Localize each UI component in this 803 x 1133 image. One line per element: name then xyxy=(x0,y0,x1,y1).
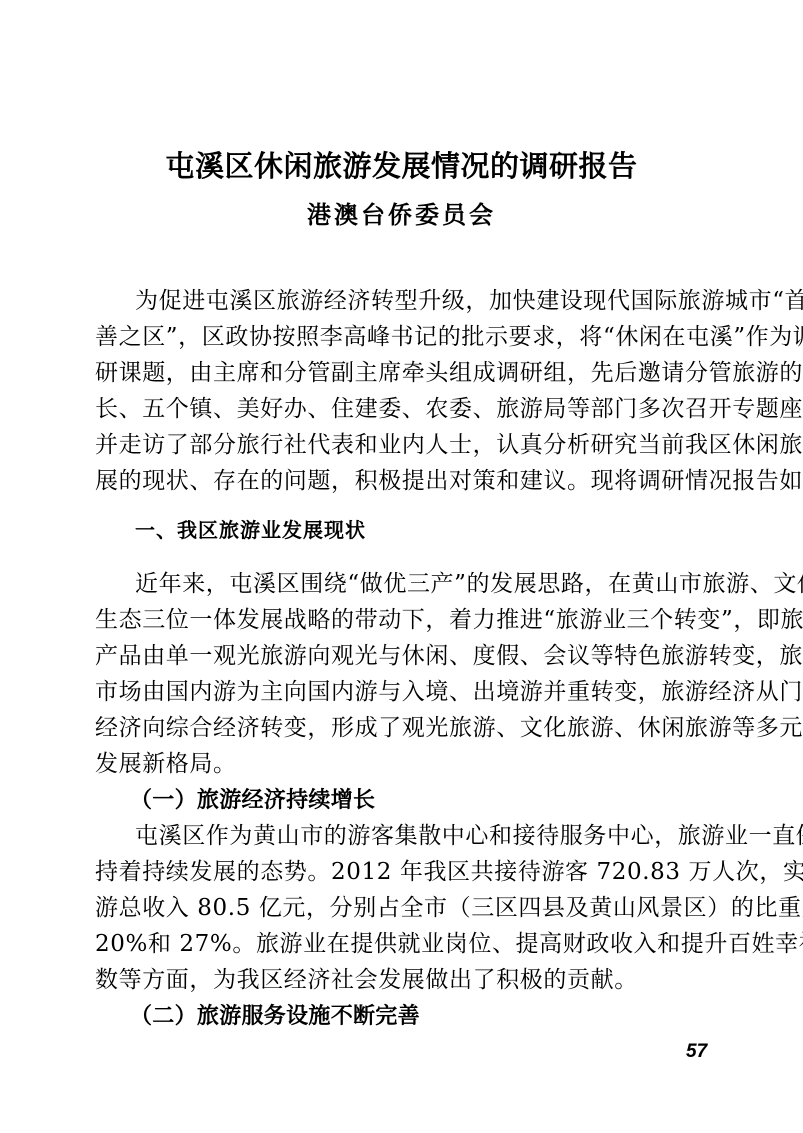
paragraph-line: 产品由单一观光旅游向观光与休闲、度假、会议等特色旅游转变，旅游 xyxy=(95,641,709,671)
document-page: 屯溪区休闲旅游发展情况的调研报告 港澳台侨委员会 为促进屯溪区旅游经济转型升级，… xyxy=(0,0,803,1133)
paragraph-line: 并走访了部分旅行社代表和业内人士，认真分析研究当前我区休闲旅游发 xyxy=(95,430,709,460)
document-title: 屯溪区休闲旅游发展情况的调研报告 xyxy=(0,146,803,186)
paragraph-line: 数等方面，为我区经济社会发展做出了积极的贡献。 xyxy=(95,965,709,995)
document-author: 港澳台侨委员会 xyxy=(0,198,803,232)
page-number: 57 xyxy=(686,1040,707,1064)
paragraph-line: 研课题，由主席和分管副主席牵头组成调研组，先后邀请分管旅游的副区 xyxy=(95,358,709,388)
paragraph-line: 经济向综合经济转变，形成了观光旅游、文化旅游、休闲旅游等多元化 xyxy=(95,713,709,743)
paragraph-line: 善之区”，区政协按照李高峰书记的批示要求，将“休闲在屯溪”作为调 xyxy=(95,322,709,352)
paragraph-line: 屯溪区作为黄山市的游客集散中心和接待服务中心，旅游业一直保 xyxy=(135,821,709,851)
subsection-heading: （二）旅游服务设施不断完善 xyxy=(130,1001,420,1031)
section-heading: 一、我区旅游业发展现状 xyxy=(135,515,366,545)
paragraph-line: 展的现状、存在的问题，积极提出对策和建议。现将调研情况报告如下： xyxy=(95,466,709,496)
paragraph-line: 游总收入 80.5 亿元，分别占全市（三区四县及黄山风景区）的比重为 xyxy=(95,893,709,923)
paragraph-line: 长、五个镇、美好办、住建委、农委、旅游局等部门多次召开专题座谈会 xyxy=(95,394,709,424)
paragraph-line: 发展新格局。 xyxy=(95,749,709,779)
paragraph-line: 生态三位一体发展战略的带动下，着力推进“旅游业三个转变”，即旅游 xyxy=(95,605,709,635)
paragraph-line: 市场由国内游为主向国内游与入境、出境游并重转变，旅游经济从门票 xyxy=(95,677,709,707)
paragraph-line: 20%和 27%。旅游业在提供就业岗位、提高财政收入和提升百姓幸福指 xyxy=(95,929,709,959)
paragraph-line: 为促进屯溪区旅游经济转型升级，加快建设现代国际旅游城市“首 xyxy=(135,286,709,316)
paragraph-line: 持着持续发展的态势。2012 年我区共接待游客 720.83 万人次，实现旅 xyxy=(95,857,709,887)
paragraph-line: 近年来，屯溪区围绕“做优三产”的发展思路，在黄山市旅游、文化、 xyxy=(135,569,709,599)
subsection-heading: （一）旅游经济持续增长 xyxy=(130,785,375,815)
